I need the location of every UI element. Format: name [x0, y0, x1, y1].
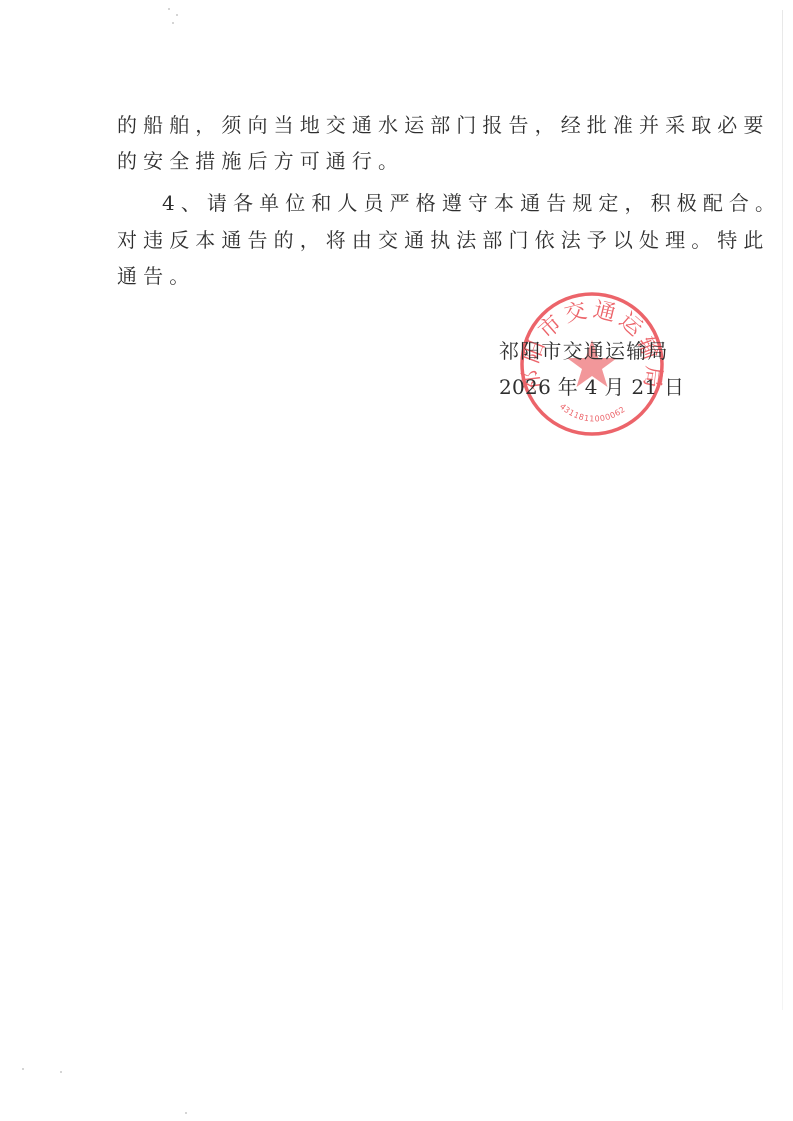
body-text-line: 的安全措施后方可通行。 [117, 146, 677, 176]
scan-edge-line [782, 10, 783, 1010]
scan-speck [185, 1112, 187, 1114]
scan-speck [168, 8, 170, 10]
body-text-line: 4、请各单位和人员严格遵守本通告规定，积极配合。 [162, 188, 722, 218]
issue-date: 2026 年 4 月 21 日 [499, 372, 679, 402]
scan-speck [60, 1071, 62, 1073]
scan-speck [176, 14, 178, 16]
scan-speck [22, 1068, 24, 1070]
body-text-line: 对违反本通告的，将由交通执法部门依法予以处理。特此 [117, 225, 677, 255]
body-text-line: 通告。 [117, 261, 677, 291]
scan-speck [172, 22, 174, 24]
issuing-organization: 祁阳市交通运输局 [499, 336, 679, 366]
body-text-line: 的船舶，须向当地交通水运部门报告，经批准并采取必要 [117, 110, 677, 140]
document-page: 的船舶，须向当地交通水运部门报告，经批准并采取必要 的安全措施后方可通行。 4、… [0, 0, 793, 1121]
seal-serial-number: 4311811000062 [558, 402, 627, 424]
